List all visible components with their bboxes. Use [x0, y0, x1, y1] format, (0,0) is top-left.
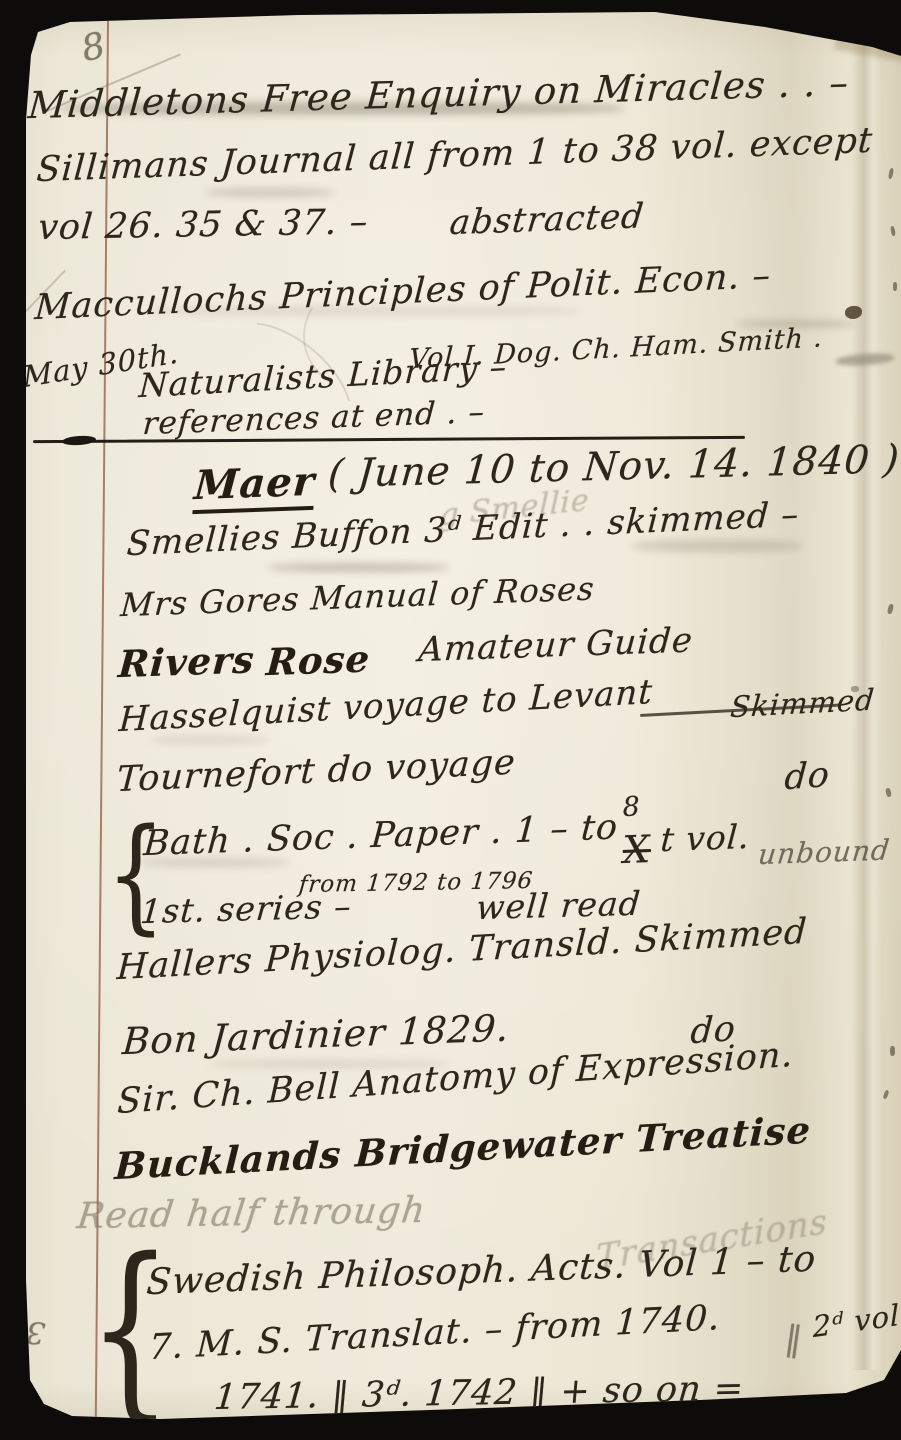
section-divider-blob [62, 435, 97, 446]
entry-swedish-line1: Swedish Philosoph. Acts. Vol 1 – to [145, 1239, 818, 1304]
entry-silliman-2: vol 26. 35 & 37. – [36, 202, 370, 248]
photograph-backdrop: 8 Middletons Free Enquiry on Miracles . … [0, 0, 901, 1440]
pencil-smudge [836, 352, 895, 367]
notebook-page: 8 Middletons Free Enquiry on Miracles . … [0, 0, 901, 1440]
entry-rivers-title: Rose [265, 636, 372, 684]
corner-mark: 8 [78, 25, 110, 70]
page-number: 39 [4, 1312, 47, 1350]
entry-rivers-author: Rivers [117, 637, 256, 686]
edge-ink-mark [888, 168, 894, 180]
entry-middleton: Middletons Free Enquiry on Miracles . . … [27, 61, 851, 127]
edge-ink-mark [890, 226, 896, 237]
edge-ink-mark [890, 1046, 895, 1056]
entry-jardinier: Bon Jardinier 1829. [121, 1006, 511, 1063]
entry-swedish-vol: 2ᵈ vol [812, 1298, 901, 1344]
maer-underlined: Maer [192, 458, 316, 514]
entry-tournefort-status: do [783, 755, 831, 798]
entry-silliman-1: Sillimans Journal all from 1 to 38 vol. … [35, 121, 874, 190]
entry-bath-line1: Bath . Soc . Paper . 1 – to [142, 807, 619, 864]
entry-bath-suffix: t vol. [659, 817, 751, 859]
entry-series-status: well read [475, 884, 643, 927]
top-corner-fold [834, 32, 901, 63]
edge-ink-mark [893, 282, 897, 291]
entry-swedish-line2: 7. M. S. Translat. – from 1740. [148, 1298, 722, 1368]
entry-buckland: Bucklands Bridgewater Treatise [114, 1108, 813, 1189]
entry-swedish-line3: 1741. ‖ 3ᵈ. 1742 ‖ + so on = [212, 1369, 745, 1418]
entry-tournefort: Tournefort do voyage [116, 743, 517, 801]
entry-rivers-rest: Amateur Guide [417, 620, 694, 670]
section-heading-place: Maer [193, 458, 317, 509]
pencil-smudge [632, 540, 802, 552]
double-bar-mark: ‖ [782, 1318, 805, 1360]
edge-ink-mark [883, 1090, 890, 1100]
superscript-correction: 8 [622, 791, 641, 823]
pencil-smudge [268, 563, 450, 572]
entry-series: 1st. series – [139, 886, 353, 931]
entry-silliman-status: abstracted [448, 196, 646, 243]
entry-gore-roses: Mrs Gores Manual of Roses [119, 569, 596, 624]
edge-ink-mark [887, 604, 894, 615]
crossed-out-numeral: X [622, 827, 652, 872]
ink-blot [845, 306, 862, 319]
entry-bath-status: unbound [757, 833, 892, 871]
entry-hasselquist-status: Skimmed [729, 682, 876, 724]
section-divider-rule [33, 436, 745, 443]
section-heading-dates: ( June 10 to Nov. 14. 1840 ) [326, 437, 901, 497]
pencil-smudge [205, 188, 335, 197]
edge-ink-mark [885, 788, 892, 798]
